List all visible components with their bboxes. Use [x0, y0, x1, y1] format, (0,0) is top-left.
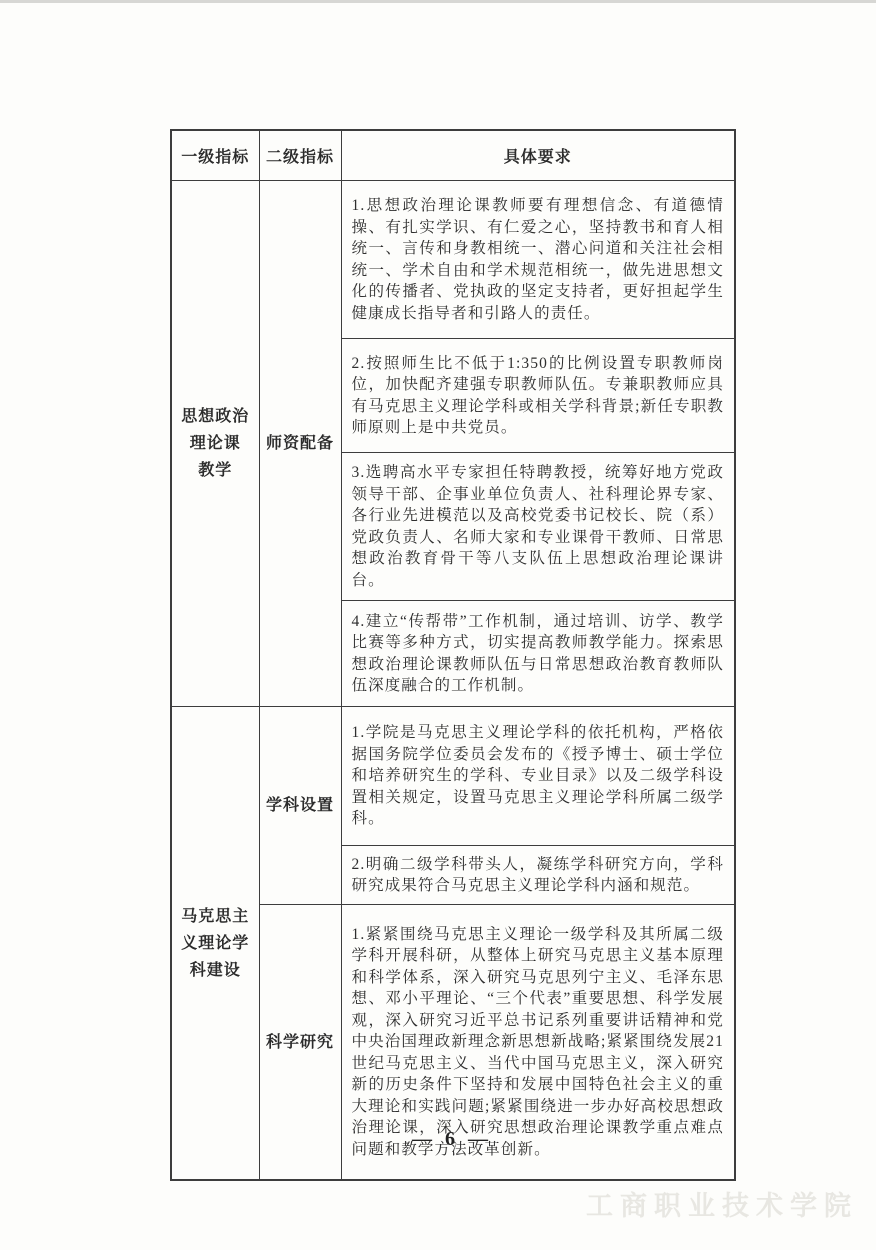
requirement-cell-expert-recruitment: 3.选聘高水平专家担任特聘教授，统筹好地方党政领导干部、企事业单位负责人、社科理… [341, 453, 735, 601]
column-header-level1-indicator: 一级指标 [171, 130, 259, 181]
column-header-level2-indicator: 二级指标 [259, 130, 341, 181]
requirement-cell-teacher-ethics: 1.思想政治理论课教师要有理想信念、有道德情操、有扎实学识、有仁爱之心，坚持教书… [341, 181, 735, 339]
requirement-cell-mentoring-mechanism: 4.建立“传帮带”工作机制，通过培训、访学、教学比赛等多种方式，切实提高教师教学… [341, 601, 735, 707]
level2-cell-discipline-setup: 学科设置 [259, 707, 341, 905]
page-number: — 6 — [170, 1128, 734, 1151]
level2-cell-faculty-allocation: 师资配备 [259, 181, 341, 707]
indicator-table: 一级指标 二级指标 具体要求 思想政治 理论课 教学 师资配备 1.思想政治理论… [170, 129, 736, 1181]
column-header-specific-requirements: 具体要求 [341, 130, 735, 181]
requirement-cell-secondary-discipline-setup: 1.学院是马克思主义理论学科的依托机构，严格依据国务院学位委员会发布的《授予博士… [341, 707, 735, 846]
requirement-cell-staff-ratio: 2.按照师生比不低于1:350的比例设置专职教师岗位，加快配齐建强专职教师队伍。… [341, 339, 735, 453]
level1-cell-ideological-political-theory-course-teaching: 思想政治 理论课 教学 [171, 181, 259, 707]
table-header-row: 一级指标 二级指标 具体要求 [171, 130, 735, 181]
document-page: 一级指标 二级指标 具体要求 思想政治 理论课 教学 师资配备 1.思想政治理论… [0, 0, 876, 1250]
table-row: 马克思主 义理论学 科建设 学科设置 1.学院是马克思主义理论学科的依托机构，严… [171, 707, 735, 846]
requirement-cell-discipline-leaders: 2.明确二级学科带头人，凝练学科研究方向，学科研究成果符合马克思主义理论学科内涵… [341, 846, 735, 905]
watermark-stamp: 工商职业技术学院 [586, 1184, 858, 1223]
scan-edge-artifact [0, 0, 876, 3]
table-row: 思想政治 理论课 教学 师资配备 1.思想政治理论课教师要有理想信念、有道德情操… [171, 181, 735, 339]
level1-cell-marxist-theory-discipline-construction: 马克思主 义理论学 科建设 [171, 707, 259, 1181]
